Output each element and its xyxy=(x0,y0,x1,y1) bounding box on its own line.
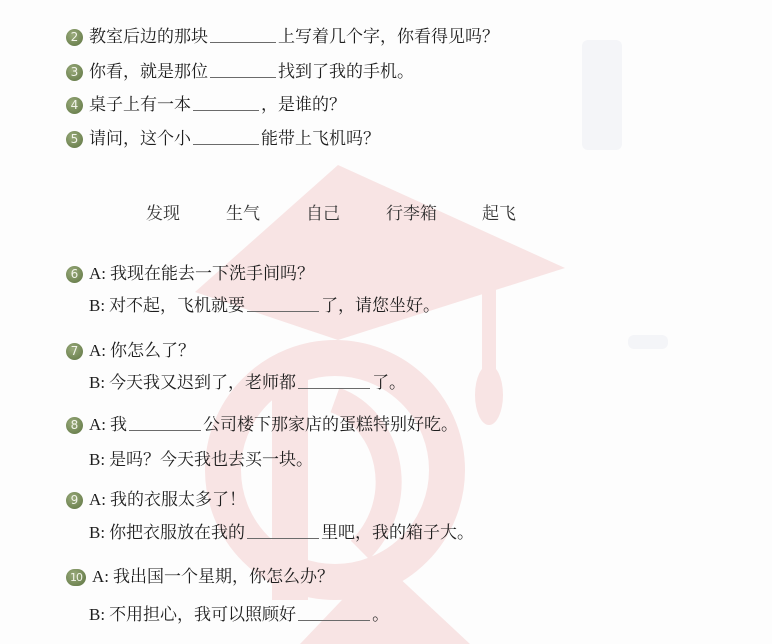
item-number-badge: 5 xyxy=(66,131,83,148)
answer-blank[interactable] xyxy=(210,77,276,78)
answer-blank[interactable] xyxy=(129,430,201,431)
dialogue-after: 了。 xyxy=(372,372,406,394)
dialogue-after: 。 xyxy=(372,604,389,626)
dialogue-before: 今天我又迟到了，老师都 xyxy=(109,372,296,394)
sentence-after: ，是谁的？ xyxy=(261,94,346,116)
word-bank: 发现 生气 自己 行李箱 起飞 xyxy=(146,199,516,224)
sentence-after: 能带上飞机吗？ xyxy=(261,128,380,150)
dialogue-before: 对不起，飞机就要 xyxy=(109,295,245,317)
sentence-before: 桌子上有一本 xyxy=(89,94,191,116)
item-number-badge: 2 xyxy=(66,29,83,46)
exercise-item-9-a: 9 A: 我的衣服太多了！ xyxy=(66,489,246,511)
speaker-label: A: xyxy=(92,566,109,588)
answer-blank[interactable] xyxy=(193,144,259,145)
sentence-before: 教室后边的那块 xyxy=(89,26,208,48)
sentence-before: 请问，这个小 xyxy=(89,128,191,150)
item-number-badge: 3 xyxy=(66,64,83,81)
answer-blank[interactable] xyxy=(247,538,319,539)
dialogue-after: 里吧，我的箱子大。 xyxy=(321,522,474,544)
item-number-badge: 7 xyxy=(66,343,83,360)
item-number-badge: 8 xyxy=(66,417,83,434)
word-bank-item: 行李箱 xyxy=(386,199,482,224)
answer-blank[interactable] xyxy=(298,388,370,389)
exercise-item-7-a: 7 A: 你怎么了？ xyxy=(66,340,195,362)
item-number-badge: 9 xyxy=(66,492,83,509)
word-bank-item: 起飞 xyxy=(482,199,516,224)
exercise-item-8-b: B: 是吗？今天我也去买一块。 xyxy=(89,449,313,471)
speaker-label: B: xyxy=(89,522,105,544)
dialogue-text: 你怎么了？ xyxy=(110,340,195,362)
answer-blank[interactable] xyxy=(193,110,259,111)
dialogue-text: 我的衣服太多了！ xyxy=(110,489,246,511)
speaker-label: B: xyxy=(89,372,105,394)
exercise-item-10-b: B: 不用担心，我可以照顾好 。 xyxy=(89,604,389,626)
answer-blank[interactable] xyxy=(210,42,276,43)
exercise-item-8-a: 8 A: 我 公司楼下那家店的蛋糕特别好吃。 xyxy=(66,414,458,436)
dialogue-text: 是吗？今天我也去买一块。 xyxy=(109,449,313,471)
dialogue-after: 了，请您坐好。 xyxy=(321,295,440,317)
word-bank-item: 发现 xyxy=(146,199,226,224)
speaker-label: A: xyxy=(89,340,106,362)
exercise-item-4: 4 桌子上有一本 ，是谁的？ xyxy=(66,94,346,116)
item-number-badge: 10 xyxy=(66,569,86,586)
exercise-page: 2 教室后边的那块 上写着几个字，你看得见吗？ 3 你看，就是那位 找到了我的手… xyxy=(0,0,772,644)
word-bank-item: 生气 xyxy=(226,199,306,224)
dialogue-before: 你把衣服放在我的 xyxy=(109,522,245,544)
dialogue-after: 公司楼下那家店的蛋糕特别好吃。 xyxy=(203,414,458,436)
dialogue-text: 我现在能去一下洗手间吗？ xyxy=(110,263,314,285)
item-number-badge: 6 xyxy=(66,266,83,283)
exercise-item-6-b: B: 对不起，飞机就要 了，请您坐好。 xyxy=(89,295,440,317)
exercise-item-5: 5 请问，这个小 能带上飞机吗？ xyxy=(66,128,380,150)
speaker-label: A: xyxy=(89,414,106,436)
speaker-label: A: xyxy=(89,263,106,285)
exercise-item-3: 3 你看，就是那位 找到了我的手机。 xyxy=(66,61,414,83)
speaker-label: B: xyxy=(89,295,105,317)
dialogue-before: 不用担心，我可以照顾好 xyxy=(109,604,296,626)
item-number-badge: 4 xyxy=(66,97,83,114)
dialogue-before: 我 xyxy=(110,414,127,436)
word-bank-item: 自己 xyxy=(306,199,386,224)
sentence-after: 找到了我的手机。 xyxy=(278,61,414,83)
speaker-label: B: xyxy=(89,449,105,471)
answer-blank[interactable] xyxy=(298,620,370,621)
exercise-item-9-b: B: 你把衣服放在我的 里吧，我的箱子大。 xyxy=(89,522,474,544)
speaker-label: A: xyxy=(89,489,106,511)
answer-blank[interactable] xyxy=(247,311,319,312)
exercise-item-2: 2 教室后边的那块 上写着几个字，你看得见吗？ xyxy=(66,26,499,48)
speaker-label: B: xyxy=(89,604,105,626)
exercise-item-6-a: 6 A: 我现在能去一下洗手间吗？ xyxy=(66,263,314,285)
sentence-after: 上写着几个字，你看得见吗？ xyxy=(278,26,499,48)
sentence-before: 你看，就是那位 xyxy=(89,61,208,83)
exercise-item-7-b: B: 今天我又迟到了，老师都 了。 xyxy=(89,372,406,394)
dialogue-text: 我出国一个星期，你怎么办？ xyxy=(113,566,334,588)
exercise-item-10-a: 10 A: 我出国一个星期，你怎么办？ xyxy=(66,566,334,588)
